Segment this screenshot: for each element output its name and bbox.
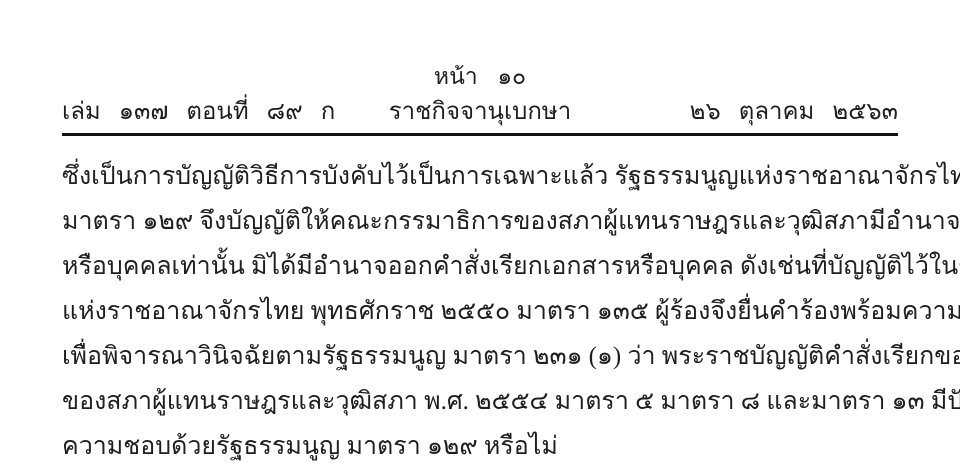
body-line-6: ของสภาผู้แทนราษฎรและวุฒิสภา พ.ศ. ๒๕๕๔ มา… — [62, 379, 902, 424]
header-row: เล่ม ๑๓๗ ตอนที่ ๘๙ ก ราชกิจจานุเบกษา ๒๖ … — [0, 92, 960, 128]
document-body: ซึ่งเป็นการบัญญัติวิธีการบังคับไว้เป็นกา… — [0, 136, 960, 469]
body-line-2: มาตรา ๑๒๙ จึงบัญญัติให้คณะกรรมาธิการของส… — [62, 199, 902, 244]
publication-date: ๒๖ ตุลาคม ๒๕๖๓ — [571, 96, 898, 128]
volume-issue-label: เล่ม ๑๓๗ ตอนที่ ๘๙ ก — [62, 96, 389, 128]
body-line-1: ซึ่งเป็นการบัญญัติวิธีการบังคับไว้เป็นกา… — [62, 154, 902, 199]
body-line-4: แห่งราชอาณาจักรไทย พุทธศักราช ๒๕๕๐ มาตรา… — [62, 289, 902, 334]
gazette-header: หน้า ๑๐ เล่ม ๑๓๗ ตอนที่ ๘๙ ก ราชกิจจานุเ… — [0, 0, 960, 136]
body-line-7: ความชอบด้วยรัฐธรรมนูญ มาตรา ๑๒๙ หรือไม่ — [62, 424, 902, 469]
gazette-title: ราชกิจจานุเบกษา — [389, 96, 571, 128]
page-number: หน้า ๑๐ — [0, 62, 960, 92]
body-line-3: หรือบุคคลเท่านั้น มิได้มีอำนาจออกคำสั่งเ… — [62, 244, 902, 289]
gazette-page: หน้า ๑๐ เล่ม ๑๓๗ ตอนที่ ๘๙ ก ราชกิจจานุเ… — [0, 0, 960, 471]
body-line-5: เพื่อพิจารณาวินิจฉัยตามรัฐธรรมนูญ มาตรา … — [62, 334, 902, 379]
